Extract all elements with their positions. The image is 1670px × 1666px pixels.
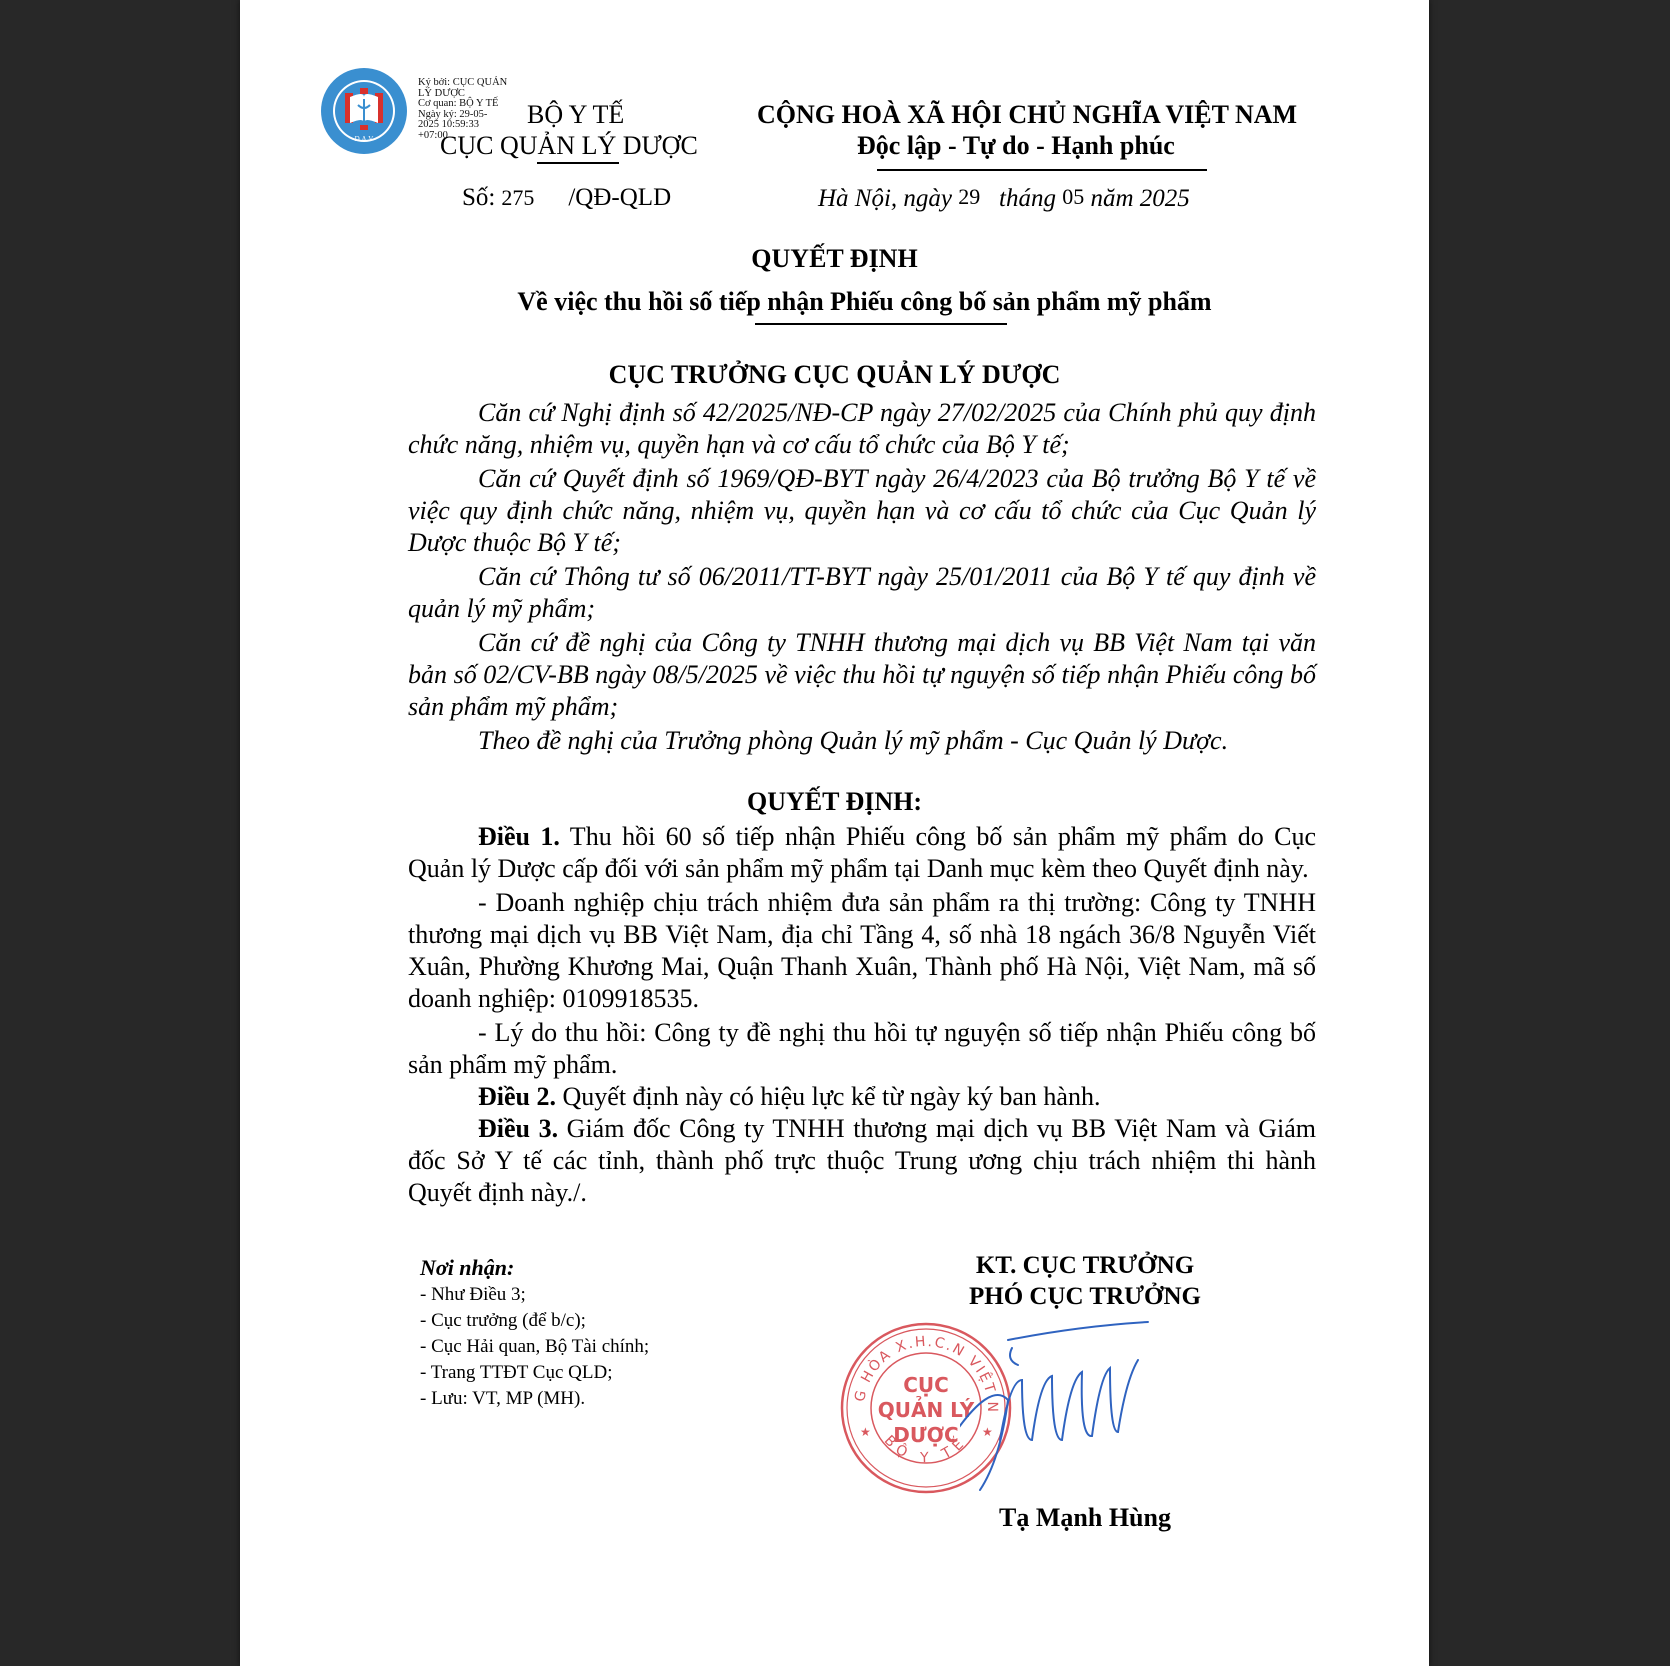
recipient-item: - Trang TTĐT Cục QLD;: [420, 1360, 649, 1386]
preamble-item: Căn cứ Quyết định số 1969/QĐ-BYT ngày 26…: [408, 463, 1316, 559]
agency-name: CỤC QUẢN LÝ DƯỢC: [440, 131, 698, 161]
articles: Điều 1. Thu hồi 60 số tiếp nhận Phiếu cô…: [408, 821, 1316, 1209]
svg-text:D.A.V: D.A.V: [355, 135, 374, 143]
preamble-item: Căn cứ Nghị định số 42/2025/NĐ-CP ngày 2…: [408, 397, 1316, 461]
document-number: Số:275/QĐ-QLD: [462, 184, 671, 212]
handwritten-signature-icon: [960, 1320, 1170, 1500]
subtitle-underline: [755, 323, 1007, 325]
signer-name: Tạ Mạnh Hùng: [940, 1503, 1230, 1533]
document-date: Hà Nội, ngày 29 tháng 05 năm 2025: [818, 184, 1190, 213]
national-title: CỘNG HOÀ XÃ HỘI CHỦ NGHĨA VIỆT NAM: [757, 100, 1297, 130]
document-title: QUYẾT ĐỊNH: [240, 244, 1429, 274]
signer-title-1: KT. CỤC TRƯỞNG: [940, 1252, 1230, 1280]
national-motto: Độc lập - Tự do - Hạnh phúc: [857, 131, 1175, 161]
recipients-list: Nơi nhận: - Như Điều 3; - Cục trưởng (để…: [420, 1254, 649, 1412]
recipient-item: - Như Điều 3;: [420, 1282, 649, 1308]
ministry-name: BỘ Y TẾ: [527, 100, 624, 130]
agency-underline: [537, 162, 619, 164]
recipient-item: - Cục trưởng (để b/c);: [420, 1308, 649, 1334]
article-1: Điều 1. Thu hồi 60 số tiếp nhận Phiếu cô…: [408, 821, 1316, 885]
article-3: Điều 3. Giám đốc Công ty TNHH thương mại…: [408, 1113, 1316, 1209]
preamble-item: Theo đề nghị của Trưởng phòng Quản lý mỹ…: [408, 725, 1316, 757]
recipient-item: - Lưu: VT, MP (MH).: [420, 1386, 649, 1412]
issuing-authority: CỤC TRƯỞNG CỤC QUẢN LÝ DƯỢC: [240, 360, 1429, 390]
document-subtitle: Về việc thu hồi số tiếp nhận Phiếu công …: [270, 287, 1459, 317]
article-2: Điều 2. Quyết định này có hiệu lực kể từ…: [408, 1081, 1316, 1113]
preamble-item: Căn cứ đề nghị của Công ty TNHH thương m…: [408, 627, 1316, 723]
svg-text:★: ★: [860, 1425, 871, 1439]
article-1-company: - Doanh nghiệp chịu trách nhiệm đưa sản …: [408, 887, 1316, 1015]
decision-heading: QUYẾT ĐỊNH:: [240, 787, 1429, 817]
motto-underline: [877, 169, 1207, 171]
recipients-heading: Nơi nhận:: [420, 1254, 649, 1282]
signer-title-2: PHÓ CỤC TRƯỞNG: [940, 1283, 1230, 1311]
svg-text:DƯỢC: DƯỢC: [893, 1423, 958, 1447]
svg-text:CỤC: CỤC: [903, 1373, 949, 1397]
recipient-item: - Cục Hải quan, Bộ Tài chính;: [420, 1334, 649, 1360]
dav-emblem-icon: D.A.V: [320, 67, 408, 155]
article-1-reason: - Lý do thu hồi: Công ty đề nghị thu hồi…: [408, 1017, 1316, 1081]
preamble-item: Căn cứ Thông tư số 06/2011/TT-BYT ngày 2…: [408, 561, 1316, 625]
preamble: Căn cứ Nghị định số 42/2025/NĐ-CP ngày 2…: [408, 397, 1316, 757]
